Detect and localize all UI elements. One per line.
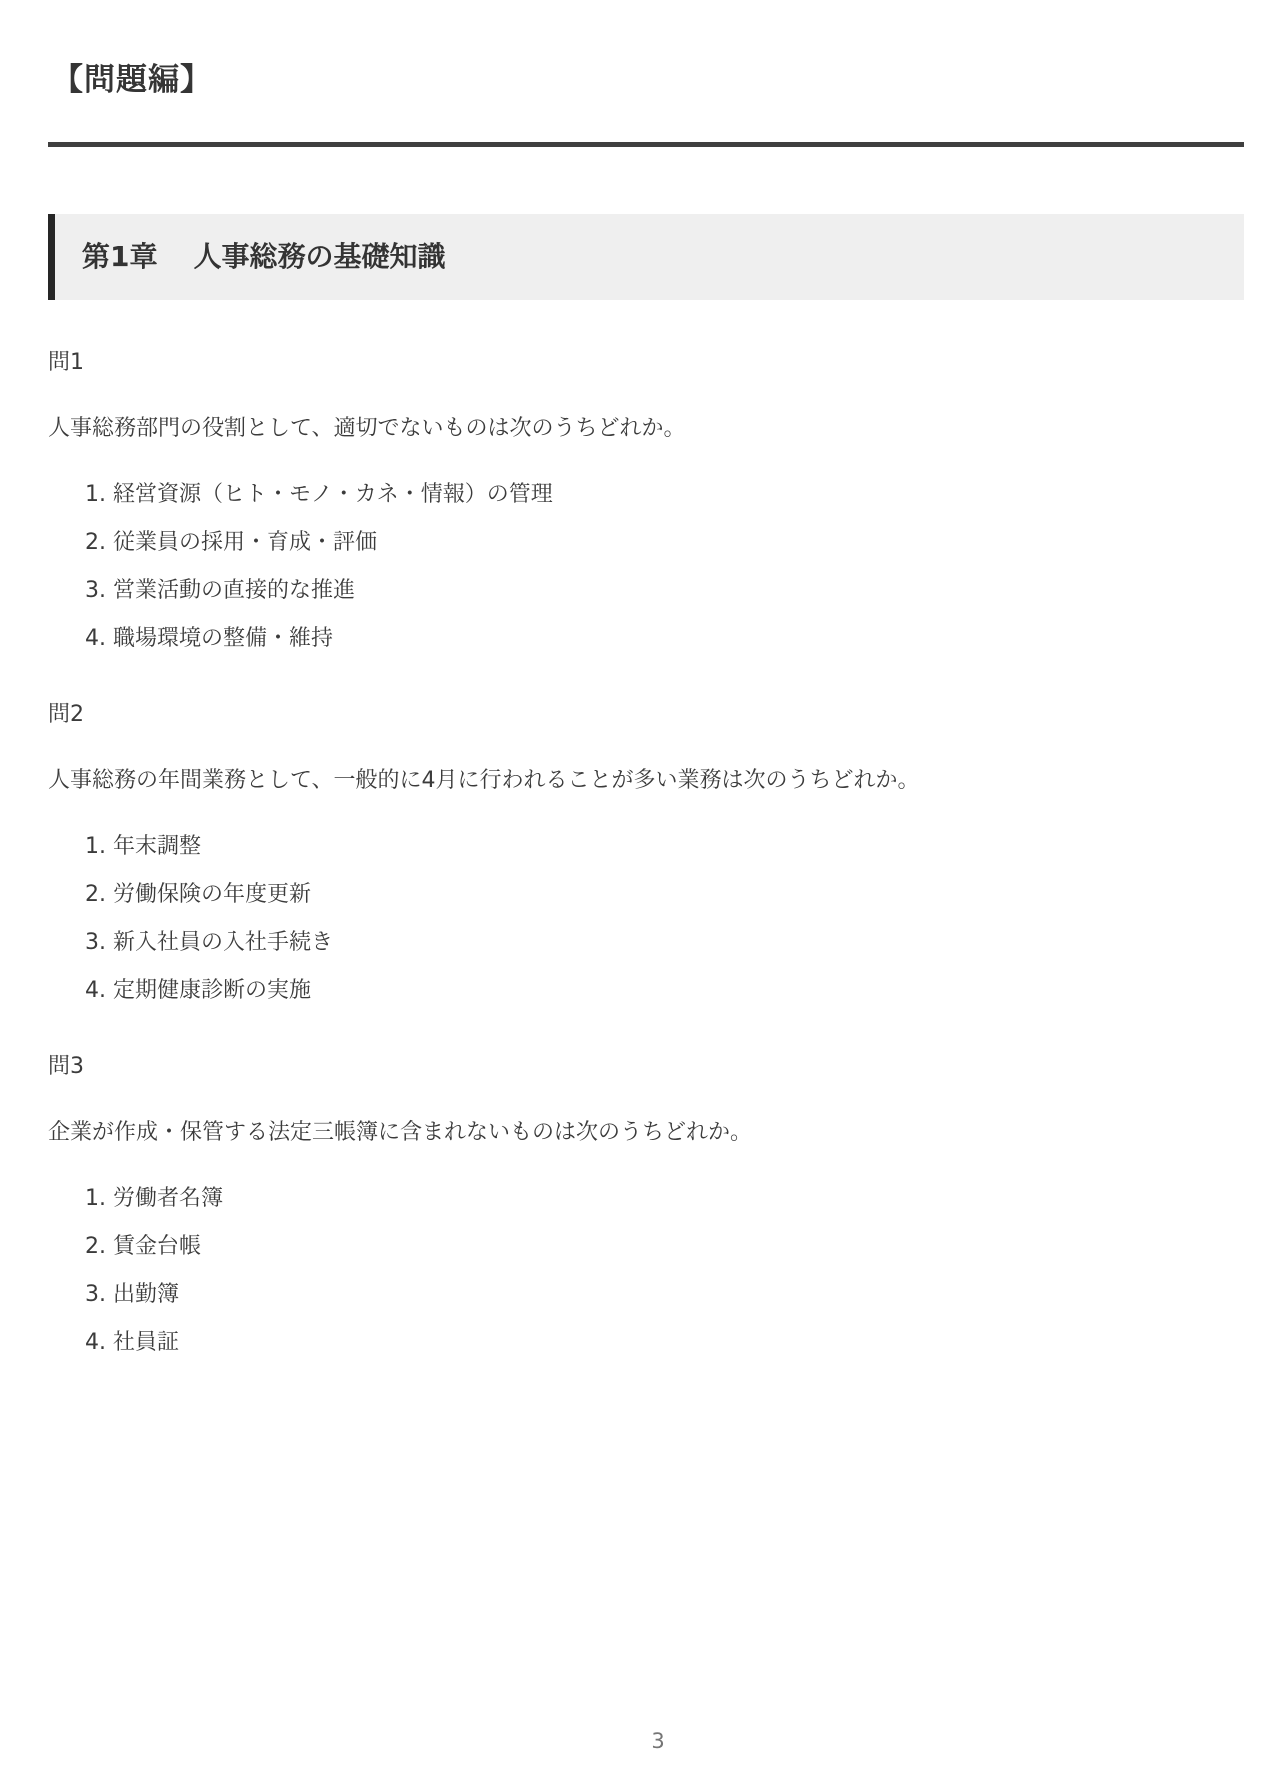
section-title: 【問題編】 [52, 58, 1244, 102]
option-text: 職場環境の整備・維持 [113, 626, 333, 651]
options-list: 1.労働者名簿 2.賃金台帳 3.出勤簿 4.社員証 [48, 1186, 1244, 1356]
option-text: 年末調整 [113, 834, 201, 859]
question-block-1: 問1 人事総務部門の役割として、適切でないものは次のうちどれか。 1.経営資源（… [48, 350, 1244, 652]
chapter-number: 第1章 [82, 239, 157, 275]
question-stem: 企業が作成・保管する法定三帳簿に含まれないものは次のうちどれか。 [48, 1118, 1244, 1148]
option-item: 2.従業員の採用・育成・評価 [85, 530, 1244, 556]
option-text: 営業活動の直接的な推進 [113, 578, 355, 603]
option-number: 4. [85, 978, 106, 1004]
option-number: 2. [85, 1234, 106, 1260]
question-label: 問3 [48, 1054, 1244, 1080]
option-text: 賃金台帳 [113, 1234, 201, 1259]
chapter-title: 人事総務の基礎知識 [193, 239, 445, 275]
options-list: 1.経営資源（ヒト・モノ・カネ・情報）の管理 2.従業員の採用・育成・評価 3.… [48, 482, 1244, 652]
option-item: 2.労働保険の年度更新 [85, 882, 1244, 908]
option-number: 1. [85, 1186, 106, 1212]
question-block-2: 問2 人事総務の年間業務として、一般的に4月に行われることが多い業務は次のうちど… [48, 702, 1244, 1004]
options-list: 1.年末調整 2.労働保険の年度更新 3.新入社員の入社手続き 4.定期健康診断… [48, 834, 1244, 1004]
option-item: 1.労働者名簿 [85, 1186, 1244, 1212]
document-page: 【問題編】 第1章 人事総務の基礎知識 問1 人事総務部門の役割として、適切でな… [0, 0, 1280, 1356]
option-number: 3. [85, 1282, 106, 1308]
option-number: 4. [85, 1330, 106, 1356]
option-text: 社員証 [113, 1330, 179, 1355]
question-label: 問2 [48, 702, 1244, 728]
option-item: 1.年末調整 [85, 834, 1244, 860]
option-text: 労働者名簿 [113, 1186, 223, 1211]
option-text: 経営資源（ヒト・モノ・カネ・情報）の管理 [113, 482, 553, 507]
question-stem: 人事総務部門の役割として、適切でないものは次のうちどれか。 [48, 414, 1244, 444]
option-item: 4.職場環境の整備・維持 [85, 626, 1244, 652]
option-number: 3. [85, 578, 106, 604]
option-text: 定期健康診断の実施 [113, 978, 311, 1003]
title-divider [48, 142, 1244, 147]
option-item: 1.経営資源（ヒト・モノ・カネ・情報）の管理 [85, 482, 1244, 508]
option-item: 3.営業活動の直接的な推進 [85, 578, 1244, 604]
option-number: 3. [85, 930, 106, 956]
page-number: 3 [0, 1729, 1280, 1753]
option-number: 1. [85, 482, 106, 508]
question-label: 問1 [48, 350, 1244, 376]
option-number: 4. [85, 626, 106, 652]
option-number: 2. [85, 530, 106, 556]
question-stem: 人事総務の年間業務として、一般的に4月に行われることが多い業務は次のうちどれか。 [48, 766, 1244, 796]
option-item: 3.出勤簿 [85, 1282, 1244, 1308]
question-block-3: 問3 企業が作成・保管する法定三帳簿に含まれないものは次のうちどれか。 1.労働… [48, 1054, 1244, 1356]
option-text: 出勤簿 [113, 1282, 179, 1307]
option-item: 4.定期健康診断の実施 [85, 978, 1244, 1004]
option-number: 1. [85, 834, 106, 860]
option-number: 2. [85, 882, 106, 908]
option-item: 4.社員証 [85, 1330, 1244, 1356]
option-text: 新入社員の入社手続き [113, 930, 333, 955]
option-text: 従業員の採用・育成・評価 [113, 530, 377, 555]
option-item: 2.賃金台帳 [85, 1234, 1244, 1260]
option-text: 労働保険の年度更新 [113, 882, 311, 907]
option-item: 3.新入社員の入社手続き [85, 930, 1244, 956]
chapter-heading: 第1章 人事総務の基礎知識 [48, 214, 1244, 300]
